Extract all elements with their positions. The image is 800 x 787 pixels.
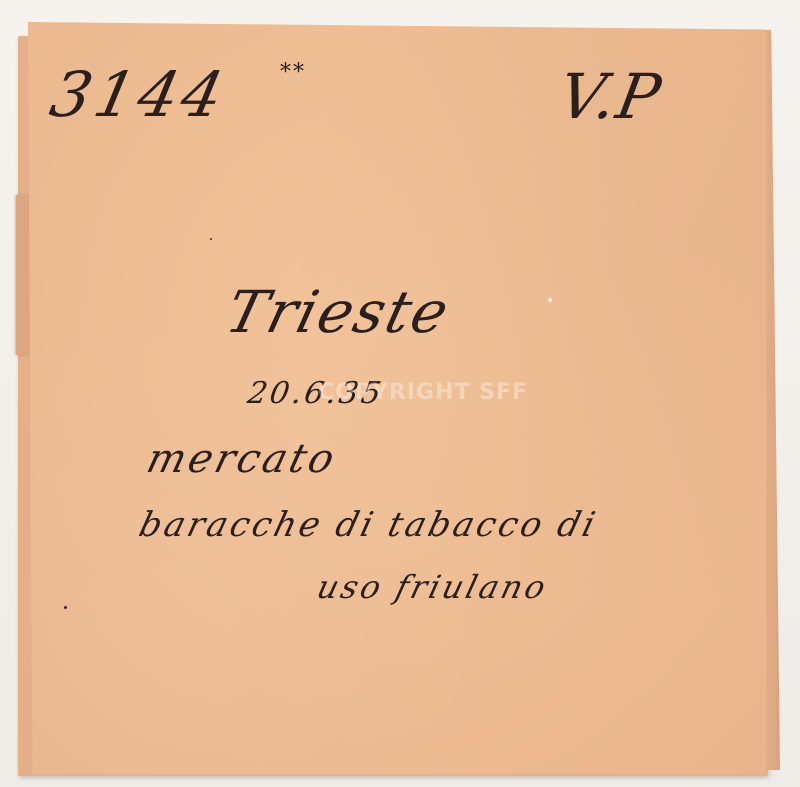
category-code: V.P [554,60,668,133]
place-name: Trieste [220,278,458,346]
catalog-number: 3144 [44,58,233,131]
paper-speck [548,298,552,302]
envelope-flap-edge [16,195,30,355]
description-line-2: baracche di tabacco di [135,505,602,545]
description-line-1: mercato [142,436,342,482]
description-line-3: uso friulano [313,568,552,606]
catalog-marks: ** [280,60,306,85]
ink-dot [64,606,67,609]
copyright-watermark: COPYRIGHT SFF [318,380,528,405]
ink-dot [210,238,212,240]
